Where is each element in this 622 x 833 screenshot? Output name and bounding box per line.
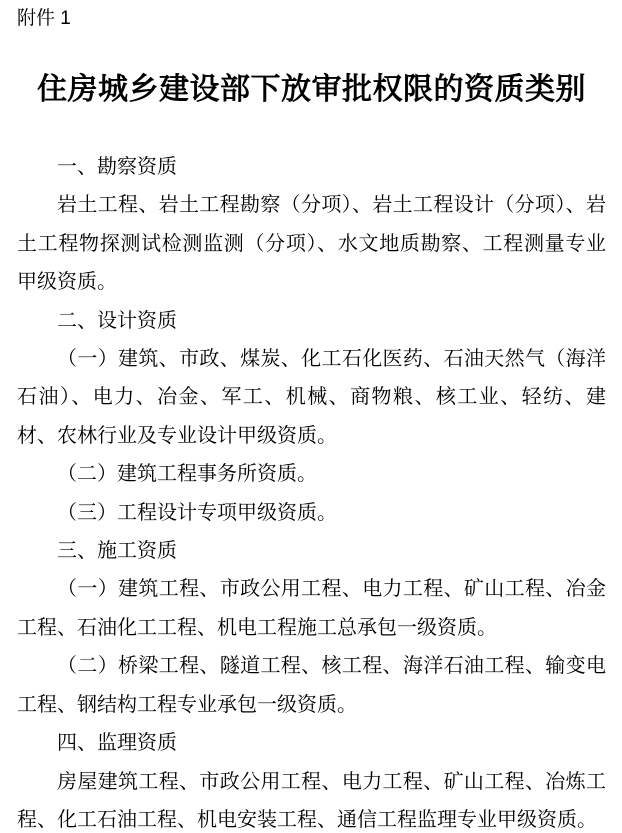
paragraph: （一）建筑工程、市政公用工程、电力工程、矿山工程、冶金工程、石油化工工程、机电工… xyxy=(17,570,606,647)
section-heading-supervision: 四、监理资质 xyxy=(17,724,606,762)
section-heading-design: 二、设计资质 xyxy=(17,302,606,340)
paragraph: （二）桥梁工程、隧道工程、核工程、海洋石油工程、输变电工程、钢结构工程专业承包一… xyxy=(17,647,606,724)
paragraph: （三）工程设计专项甲级资质。 xyxy=(17,494,606,532)
section-survey-qualifications: 一、勘察资质 岩土工程、岩土工程勘察（分项）、岩土工程设计（分项）、岩土工程物探… xyxy=(17,148,606,302)
section-heading-survey: 一、勘察资质 xyxy=(17,148,606,186)
document-body: 一、勘察资质 岩土工程、岩土工程勘察（分项）、岩土工程设计（分项）、岩土工程物探… xyxy=(17,148,606,833)
paragraph: （一）建筑、市政、煤炭、化工石化医药、石油天然气（海洋石油）、电力、冶金、军工、… xyxy=(17,340,606,455)
paragraph: 房屋建筑工程、市政公用工程、电力工程、矿山工程、冶炼工程、化工石油工程、机电安装… xyxy=(17,763,606,833)
section-heading-construction: 三、施工资质 xyxy=(17,532,606,570)
attachment-label: 附件 1 xyxy=(17,6,606,31)
section-supervision-qualifications: 四、监理资质 房屋建筑工程、市政公用工程、电力工程、矿山工程、冶炼工程、化工石油… xyxy=(17,724,606,833)
paragraph: 岩土工程、岩土工程勘察（分项）、岩土工程设计（分项）、岩土工程物探测试检测监测（… xyxy=(17,186,606,301)
document-page: 附件 1 住房城乡建设部下放审批权限的资质类别 一、勘察资质 岩土工程、岩土工程… xyxy=(0,0,622,833)
page-title: 住房城乡建设部下放审批权限的资质类别 xyxy=(17,72,606,108)
section-design-qualifications: 二、设计资质 （一）建筑、市政、煤炭、化工石化医药、石油天然气（海洋石油）、电力… xyxy=(17,302,606,532)
section-construction-qualifications: 三、施工资质 （一）建筑工程、市政公用工程、电力工程、矿山工程、冶金工程、石油化… xyxy=(17,532,606,724)
paragraph: （二）建筑工程事务所资质。 xyxy=(17,455,606,493)
